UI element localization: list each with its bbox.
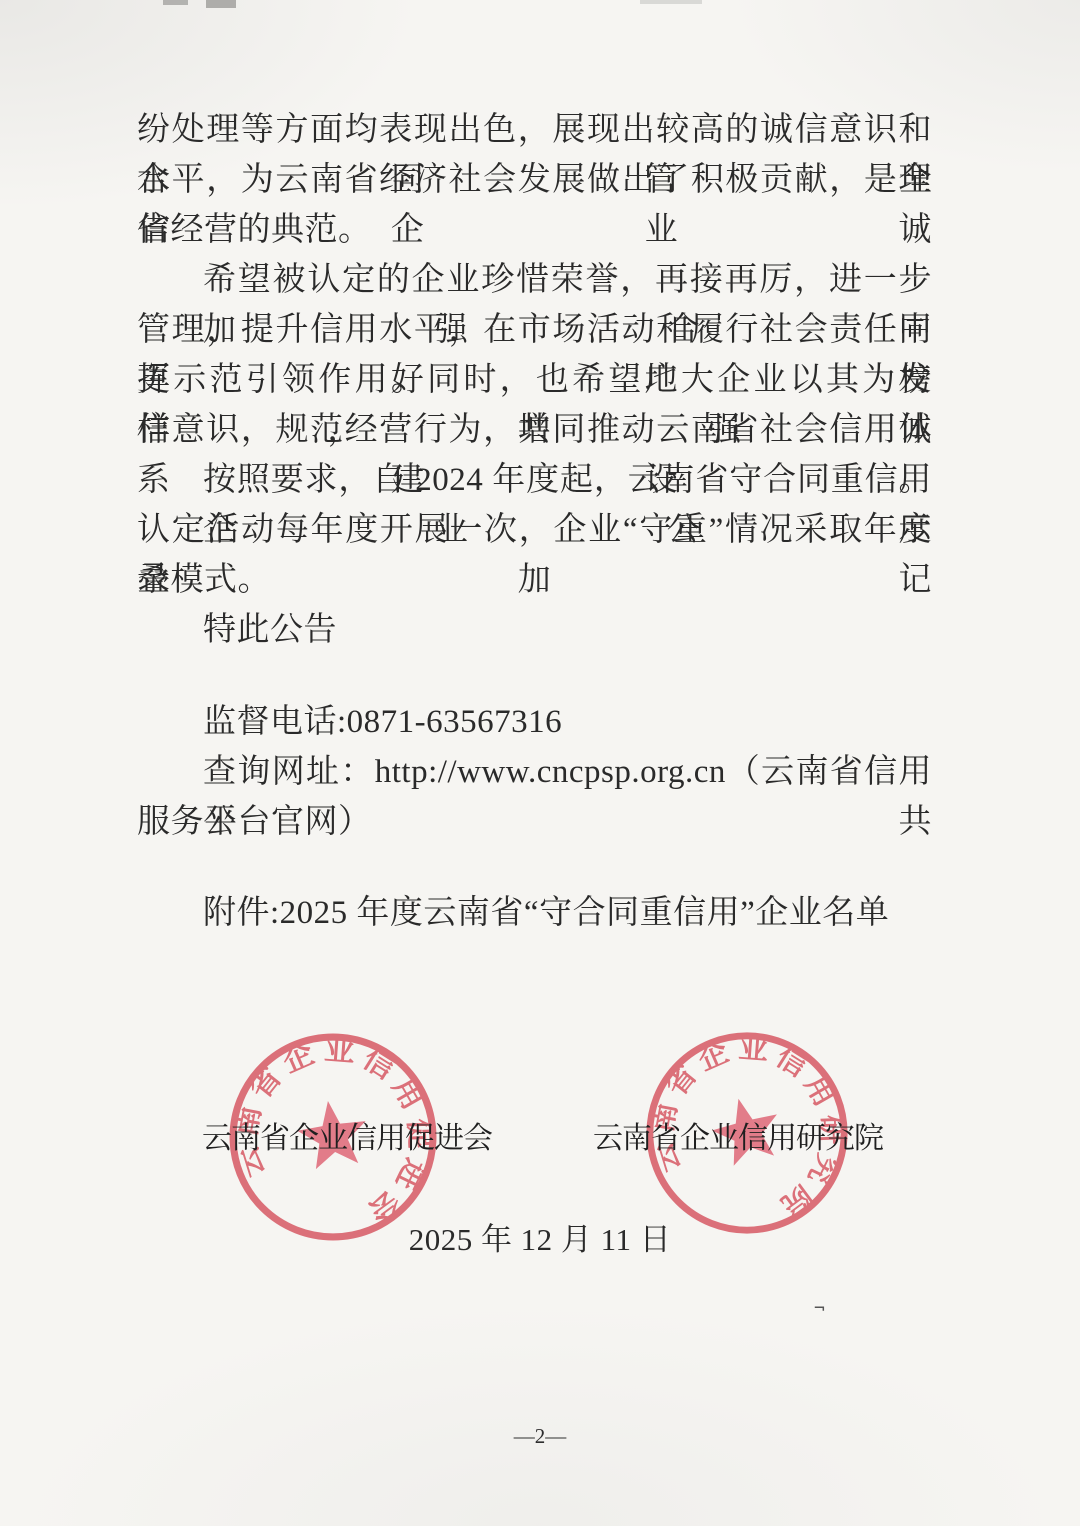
query-url-line: 查询网址：http://www.cncpsp.org.cn（云南省信用公共 <box>137 747 932 797</box>
body-line: 管理，提升信用水平，在市场活动和履行社会责任中更好地发 <box>137 305 932 355</box>
scan-artifact <box>163 0 188 5</box>
date-line: 2025 年 12 月 11 日 <box>0 1221 1080 1259</box>
body-line: 希望被认定的企业珍惜荣誉，再接再厉，进一步加强合同 <box>137 255 932 305</box>
body-text: 纷处理等方面均表现出色，展现出较高的诚信意识和合同管理 水平，为云南省经济社会发… <box>137 105 932 655</box>
attachment-line: 附件:2025 年度云南省“守合同重信用”企业名单 <box>137 888 932 938</box>
body-line: 水平，为云南省经济社会发展做出了积极贡献，是全省企业诚 <box>137 155 932 205</box>
body-line: 认定活动每年度开展一次，企业“守重”情况采取年度叠加记 <box>137 505 932 555</box>
scan-artifact <box>206 0 236 8</box>
body-line: 挥示范引领作用。同时，也希望广大企业以其为榜样，增强诚 <box>137 355 932 405</box>
org-name-left: 云南省企业信用促进会 <box>202 1122 492 1156</box>
body-line: 信意识，规范经营行为，共同推动云南省社会信用体系建设。 <box>137 405 932 455</box>
body-line: 纷处理等方面均表现出色，展现出较高的诚信意识和合同管理 <box>137 105 932 155</box>
scan-artifact-mark: ¬ <box>814 1298 825 1319</box>
scan-artifact <box>640 0 702 4</box>
supervision-phone-line: 监督电话:0871-63567316 <box>137 697 932 747</box>
org-name-right: 云南省企业信用研究院 <box>593 1122 883 1156</box>
body-line: 按照要求，自 2024 年度起，云南省守合同重信用企业公示 <box>137 455 932 505</box>
contact-block: 监督电话:0871-63567316 查询网址：http://www.cncps… <box>137 697 932 847</box>
page-number: —2— <box>0 1424 1080 1449</box>
closing-phrase: 特此公告 <box>137 605 932 655</box>
attachment-block: 附件:2025 年度云南省“守合同重信用”企业名单 <box>137 888 932 938</box>
document-page: 纷处理等方面均表现出色，展现出较高的诚信意识和合同管理 水平，为云南省经济社会发… <box>0 0 1080 1526</box>
